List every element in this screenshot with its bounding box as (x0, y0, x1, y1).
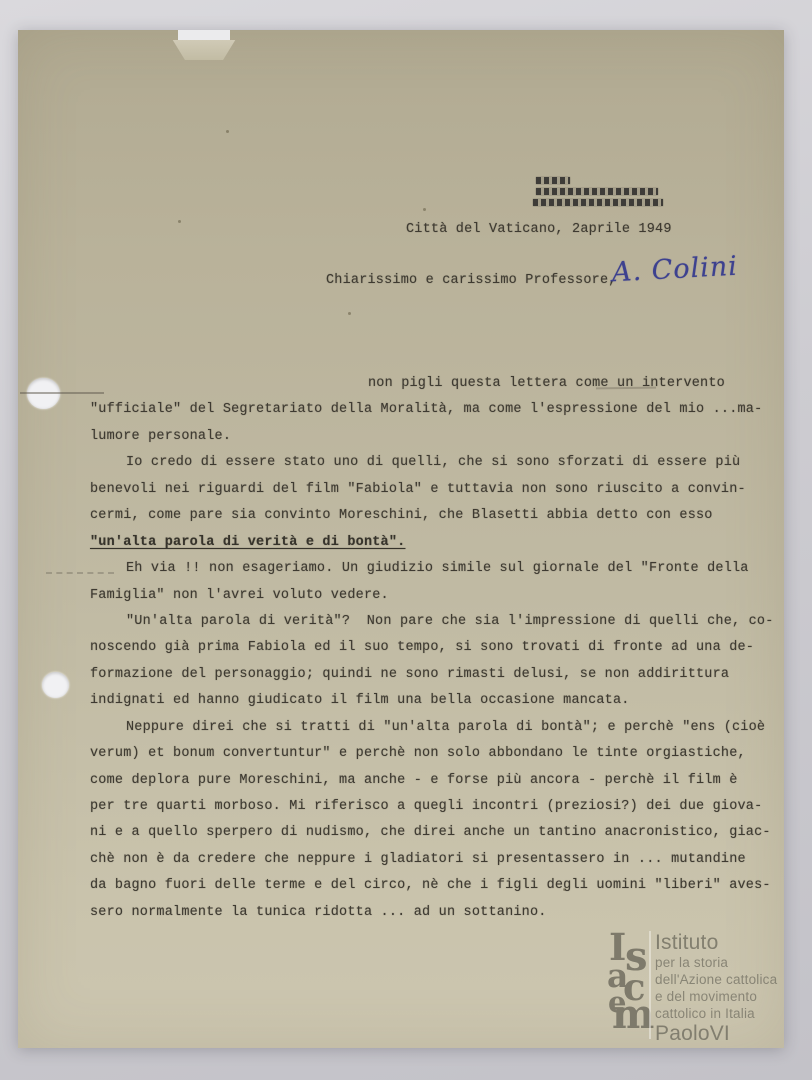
scanned-letter-page: Città del Vaticano, 2aprile 1949 Chiaris… (18, 30, 784, 1048)
paper-speck (348, 312, 351, 315)
screenshot-root: { "colors": { "backdrop": "#cdccd1", "pa… (0, 0, 812, 1080)
letter-line: come deplora pure Moreschini, ma anche -… (90, 768, 780, 794)
watermark-line: cattolico in Italia (655, 1005, 777, 1022)
letter-line: "ufficiale" del Segretariato della Moral… (90, 397, 780, 423)
letter-line: "un'alta parola di verità e di bontà". (90, 530, 780, 556)
letter-line: non pigli questa lettera come un interve… (368, 371, 780, 397)
watermark-line: per la storia (655, 954, 777, 971)
redaction-marks-row (536, 188, 658, 195)
letter-line: verum) et bonum convertuntur" e perchè n… (90, 741, 780, 767)
watermark-text: Istituto per la storia dell'Azione catto… (655, 931, 777, 1045)
letter-line: Famiglia" non l'avrei voluto vedere. (90, 583, 780, 609)
watermark-line: PaoloVI (655, 1022, 777, 1045)
monogram-letter: m (612, 995, 654, 1035)
watermark-divider (649, 931, 651, 1039)
watermark-line: dell'Azione cattolica (655, 971, 777, 988)
letter-line: Eh via !! non esageriamo. Un giudizio si… (126, 556, 780, 582)
salutation: Chiarissimo e carissimo Professore, (326, 273, 617, 288)
letter-line: lumore personale. (90, 424, 780, 450)
letter-line: benevoli nei riguardi del film "Fabiola"… (90, 477, 780, 503)
letter-line: indignati ed hanno giudicato il film una… (90, 688, 780, 714)
handwritten-annotation: A. Colini (611, 251, 738, 289)
letter-line: cermi, come pare sia convinto Moreschini… (90, 503, 780, 529)
paper-tear-flap (170, 40, 238, 61)
letter-line: noscendo già prima Fabiola ed il suo tem… (90, 635, 780, 661)
letter-line: sero normalmente la tunica ridotta ... a… (90, 900, 780, 926)
letter-line: Io credo di essere stato uno di quelli, … (126, 450, 780, 476)
letter-line: formazione del personaggio; quindi ne so… (90, 662, 780, 688)
paper-speck (178, 220, 181, 223)
isacem-monogram: Isacem (608, 933, 648, 1033)
letter-line: per tre quarti morboso. Mi riferisco a q… (90, 794, 780, 820)
paper-speck (226, 130, 229, 133)
redaction-marks-row (533, 199, 663, 206)
letter-line: ni e a quello sperpero di nudismo, che d… (90, 820, 780, 846)
letter-line: "Un'alta parola di verità"? Non pare che… (126, 609, 780, 635)
letter-line: chè non è da credere che neppure i gladi… (90, 847, 780, 873)
watermark-line: e del movimento (655, 988, 777, 1005)
redaction-marks-row (536, 177, 570, 184)
paper-speck (423, 208, 426, 211)
dateline: Città del Vaticano, 2aprile 1949 (406, 222, 672, 237)
letter-body: non pigli questa lettera come un interve… (90, 326, 780, 926)
letter-line: Neppure direi che si tratti di "un'alta … (126, 715, 780, 741)
punch-hole-bottom (42, 672, 69, 698)
watermark-line: Istituto (655, 931, 777, 954)
letter-line: da bagno fuori delle terme e del circo, … (90, 873, 780, 899)
